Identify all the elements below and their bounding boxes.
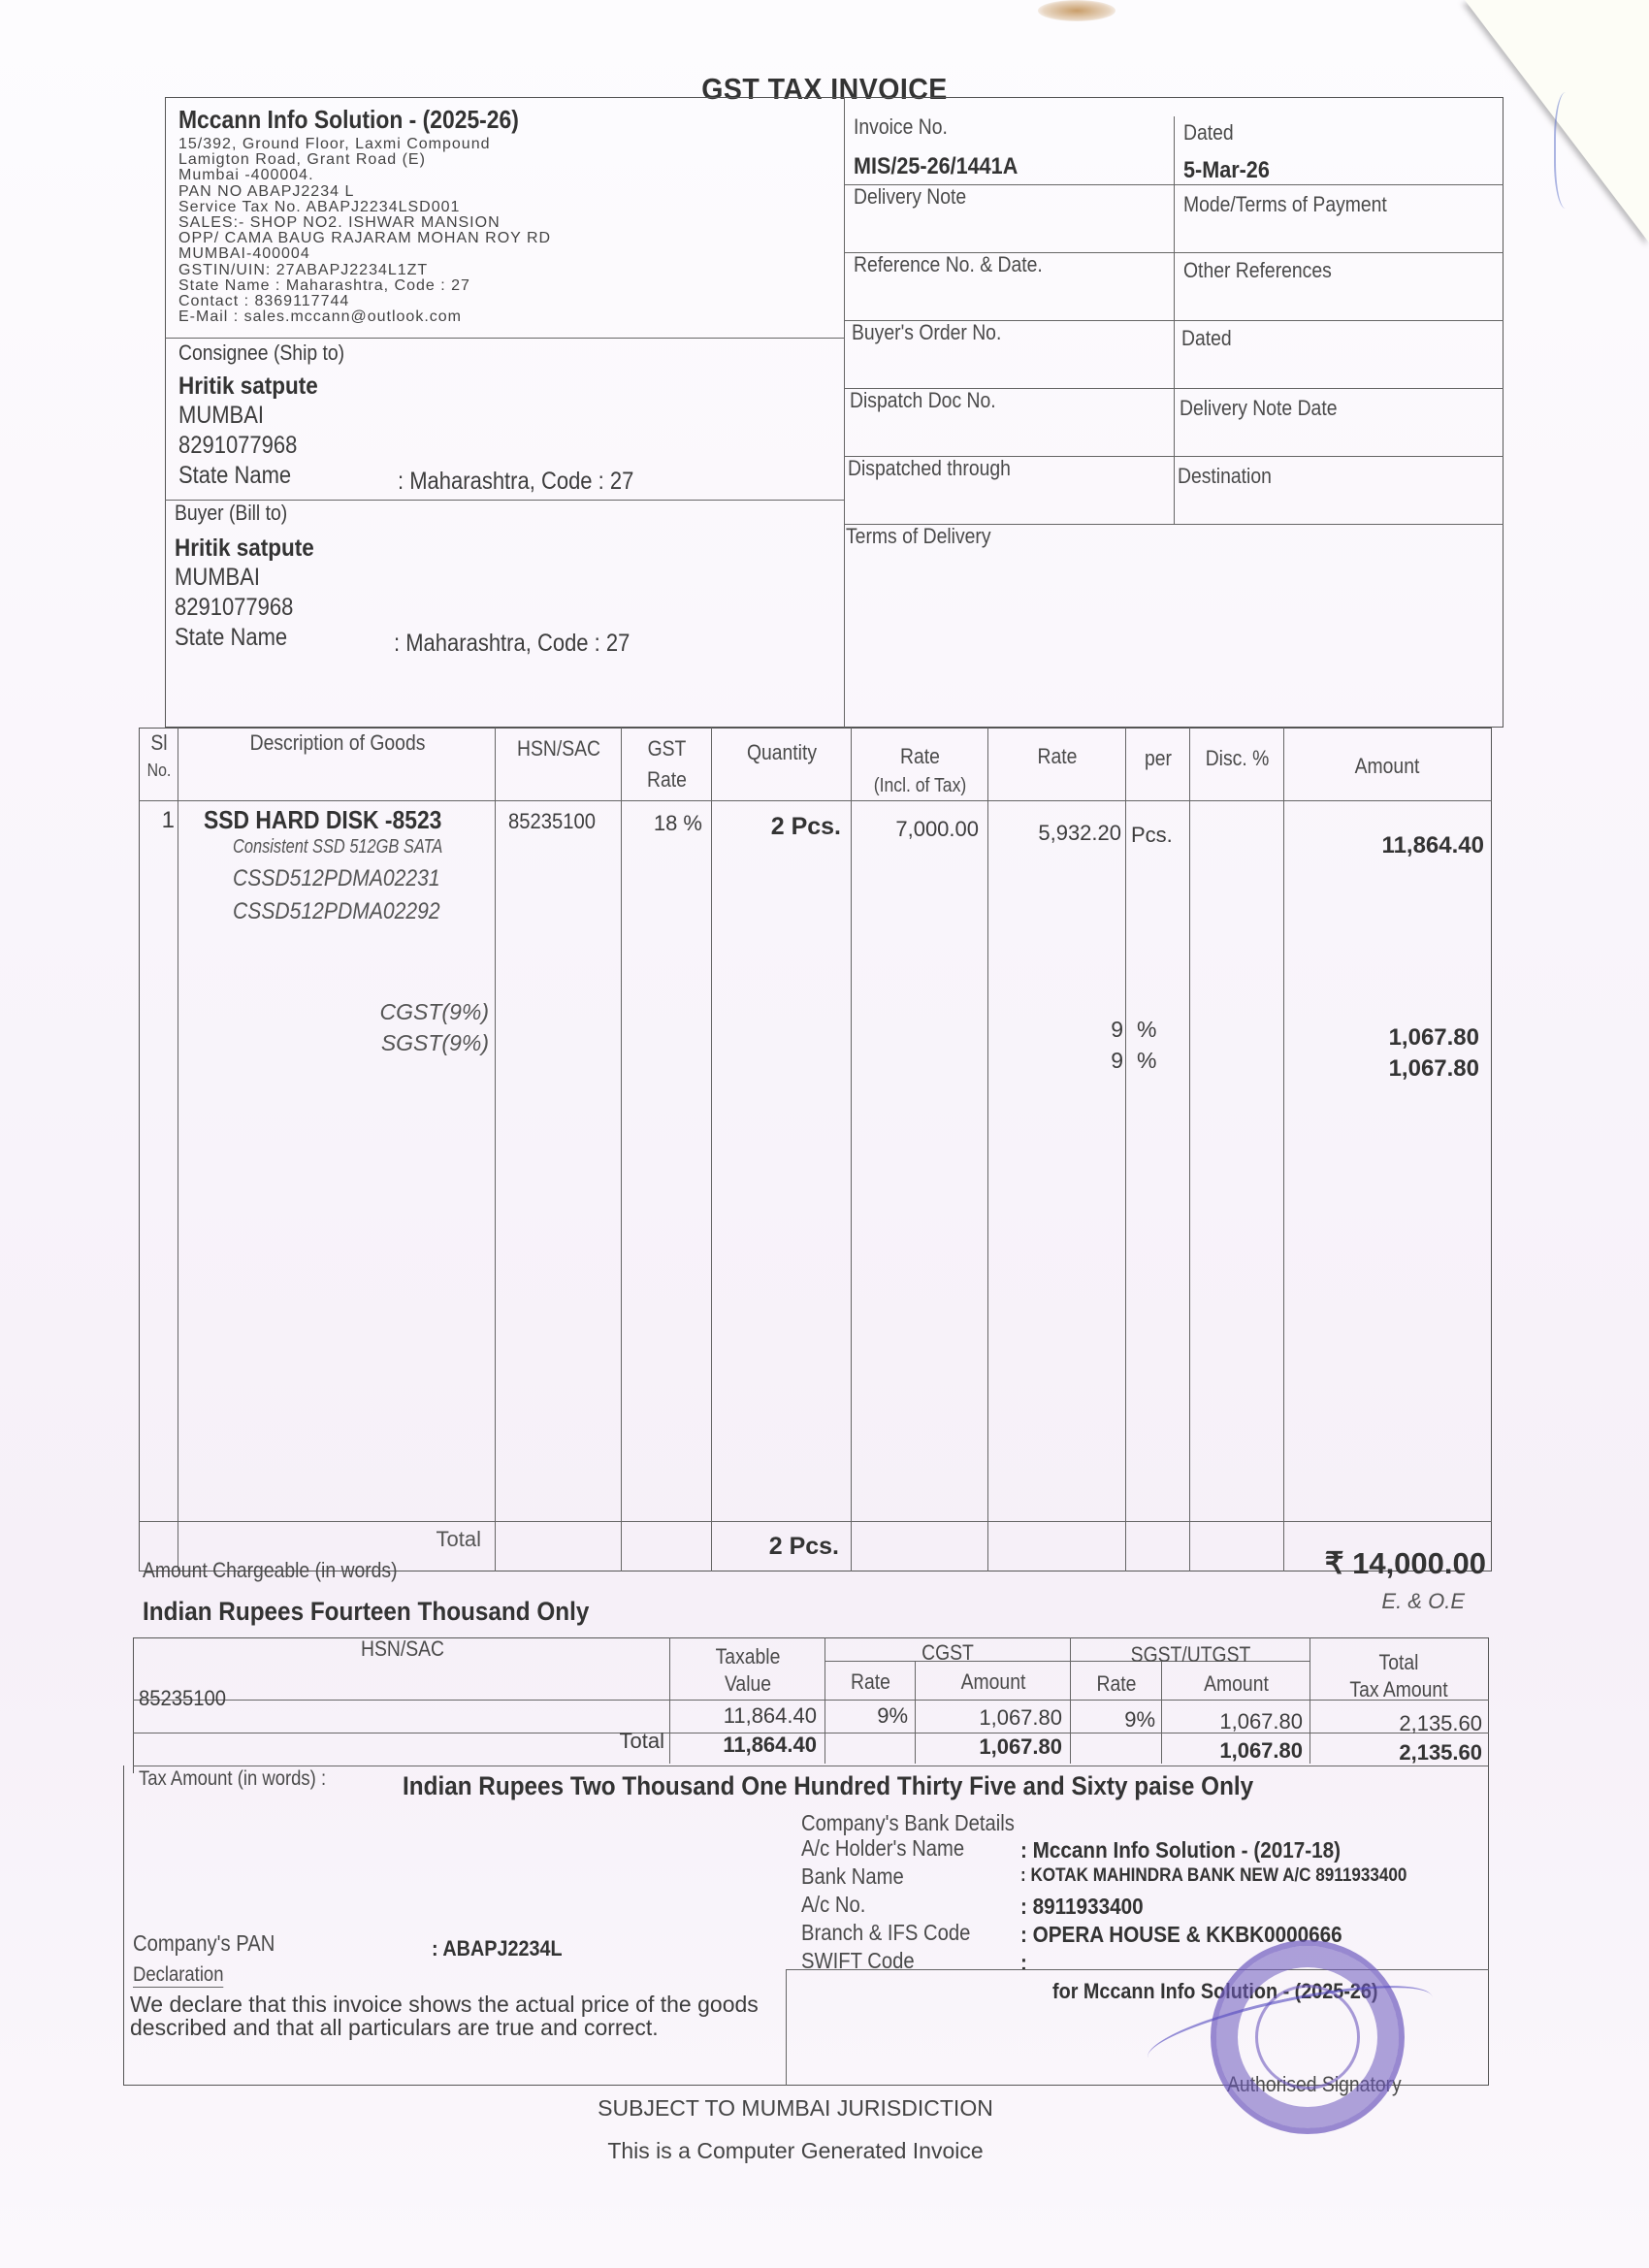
summary-hsn: 85235100 — [139, 1686, 226, 1711]
reference-label: Reference No. & Date. — [854, 252, 1043, 277]
buyer-city: MUMBAI — [175, 563, 311, 593]
consignee-phone: 8291077968 — [178, 431, 344, 461]
bank-row-label: A/c Holder's Name — [801, 1835, 964, 1862]
paper-stain — [1038, 0, 1115, 21]
declaration-text: We declare that this invoice shows the a… — [130, 1993, 780, 2039]
bank-row-value: : Mccann Info Solution - (2017-18) — [1020, 1837, 1341, 1863]
computer-generated-note: This is a Computer Generated Invoice — [0, 2138, 1591, 2164]
invoice-no-label: Invoice No. — [854, 114, 948, 140]
summary-total-sgst: 1,067.80 — [1163, 1738, 1303, 1764]
col-disc-header: Disc. % — [1197, 745, 1278, 772]
amount-words-label: Amount Chargeable (in words) — [143, 1558, 398, 1583]
buyer-phone: 8291077968 — [175, 593, 311, 623]
seller-block: Mccann Info Solution - (2025-26) 15/392,… — [178, 105, 566, 325]
tax-summary-hsn-header: HSN/SAC — [168, 1636, 637, 1663]
col-per-header: per — [1131, 745, 1185, 772]
seller-address-line: MUMBAI-400004 — [178, 246, 566, 262]
item-hsn: 85235100 — [508, 809, 596, 834]
bank-row-value: : KOTAK MAHINDRA BANK NEW A/C 8911933400 — [1020, 1865, 1406, 1887]
destination-label: Destination — [1178, 464, 1272, 489]
seller-address-line: State Name : Maharashtra, Code : 27 — [178, 278, 566, 294]
consignee-heading: Consignee (Ship to) — [178, 340, 344, 367]
tax-summary-sgst-header: SGST/UTGST — [1086, 1641, 1296, 1669]
seller-address-line: Mumbai -400004. — [178, 168, 566, 183]
item-quantity: 2 Pcs. — [713, 813, 841, 841]
item-sl: 1 — [145, 807, 175, 834]
sgst-amount: 1,067.80 — [1285, 1055, 1479, 1083]
item-serial: CSSD512PDMA02231 — [233, 865, 440, 892]
summary-sgst-rate: 9% — [1072, 1707, 1155, 1733]
cgst-amount-header: Amount — [925, 1669, 1060, 1696]
consignee-name: Hritik satpute — [178, 373, 348, 401]
col-hsn-header: HSN/SAC — [504, 735, 614, 762]
summary-total-tax: 2,135.60 — [1311, 1711, 1482, 1736]
consignee-state-label: State Name — [178, 461, 291, 491]
seller-address-line: OPP/ CAMA BAUG RAJARAM MOHAN ROY RD — [178, 231, 566, 246]
delivery-note-date-label: Delivery Note Date — [1180, 396, 1337, 421]
item-name: SSD HARD DISK -8523 — [204, 805, 441, 835]
buyer-heading: Buyer (Bill to) — [175, 500, 311, 527]
amount-in-words: Indian Rupees Fourteen Thousand Only — [143, 1597, 589, 1627]
seller-address-line: Lamigton Road, Grant Road (E) — [178, 152, 566, 168]
col-rate-incl-header: Rate (Incl. of Tax) — [860, 743, 979, 799]
col-sl-header: Sl No. — [144, 729, 175, 784]
item-sub-description: Consistent SSD 512GB SATA — [233, 836, 442, 859]
seller-address-line: Contact : 8369117744 — [178, 294, 566, 309]
summary-total-tax-amount: 2,135.60 — [1311, 1740, 1482, 1766]
seller-address-line: E-Mail : sales.mccann@outlook.com — [178, 309, 566, 325]
pen-mark — [1554, 92, 1583, 209]
items-total-amount: ₹ 14,000.00 — [1261, 1546, 1486, 1581]
seller-address-line: SALES:- SHOP NO2. ISHWAR MANSION — [178, 215, 566, 231]
dated-label: Dated — [1183, 120, 1234, 146]
items-total-label: Total — [180, 1527, 481, 1552]
consignee-city: MUMBAI — [178, 401, 344, 431]
item-serial: CSSD512PDMA02292 — [233, 898, 440, 925]
cgst-rate: 9 — [989, 1017, 1123, 1043]
summary-cgst-rate: 9% — [826, 1703, 908, 1729]
buyer-state-value: : Maharashtra, Code : 27 — [394, 629, 630, 659]
items-total-quantity: 2 Pcs. — [713, 1533, 839, 1561]
seller-address: 15/392, Ground Floor, Laxmi CompoundLami… — [178, 137, 566, 325]
buyer-order-dated-label: Dated — [1181, 326, 1232, 351]
consignee-state-value: : Maharashtra, Code : 27 — [398, 467, 633, 497]
summary-total-label: Total — [136, 1729, 664, 1754]
company-pan-label: Company's PAN — [133, 1930, 275, 1957]
declaration-heading: Declaration — [133, 1963, 223, 1988]
item-rate-incl-tax: 7,000.00 — [853, 817, 979, 842]
sgst-label: SGST(9%) — [180, 1030, 489, 1056]
cgst-per: % — [1137, 1017, 1156, 1043]
invoice-no: MIS/25-26/1441A — [854, 153, 1018, 180]
buyer-block: Buyer (Bill to) Hritik satpute MUMBAI 82… — [175, 500, 330, 653]
sgst-per: % — [1137, 1048, 1156, 1074]
payment-terms-label: Mode/Terms of Payment — [1183, 192, 1387, 217]
bank-row-label: A/c No. — [801, 1892, 865, 1918]
terms-of-delivery-label: Terms of Delivery — [846, 524, 991, 549]
dispatched-through-label: Dispatched through — [848, 456, 1011, 481]
eoe-note: E. & O.E — [1261, 1589, 1465, 1614]
company-pan-value: : ABAPJ2234L — [432, 1936, 563, 1961]
bank-row-label: Branch & IFS Code — [801, 1920, 970, 1946]
item-gst-rate: 18 % — [623, 811, 702, 836]
col-amount-header: Amount — [1298, 753, 1477, 780]
item-amount: 11,864.40 — [1285, 832, 1484, 859]
col-gst-rate-header: GST Rate — [628, 735, 705, 794]
summary-sgst-amount: 1,067.80 — [1163, 1709, 1303, 1734]
summary-cgst-amount: 1,067.80 — [917, 1705, 1062, 1731]
tax-summary-cgst-header: CGST — [841, 1639, 1054, 1667]
buyer-order-label: Buyer's Order No. — [852, 320, 1001, 345]
bank-details-heading: Company's Bank Details — [801, 1810, 1015, 1836]
seller-address-line: GSTIN/UIN: 27ABAPJ2234L1ZT — [178, 263, 566, 278]
tax-amount-in-words: Indian Rupees Two Thousand One Hundred T… — [403, 1771, 1253, 1801]
seller-address-line: 15/392, Ground Floor, Laxmi Compound — [178, 137, 566, 152]
col-rate-header: Rate — [997, 743, 1116, 770]
buyer-state-label: State Name — [175, 623, 287, 653]
seller-name: Mccann Info Solution - (2025-26) — [178, 105, 519, 135]
col-quantity-header: Quantity — [722, 739, 843, 766]
cgst-rate-header: Rate — [831, 1669, 909, 1696]
bank-row-value: : — [1020, 1950, 1027, 1976]
seller-address-line: Service Tax No. ABAPJ2234LSD001 — [178, 200, 566, 215]
invoice-date: 5-Mar-26 — [1183, 157, 1270, 184]
dispatch-doc-label: Dispatch Doc No. — [850, 388, 996, 413]
cgst-amount: 1,067.80 — [1285, 1024, 1479, 1052]
col-description-header: Description of Goods — [199, 729, 475, 757]
sgst-amount-header: Amount — [1172, 1670, 1301, 1698]
sgst-rate-header: Rate — [1078, 1670, 1156, 1698]
item-rate: 5,932.20 — [989, 821, 1121, 846]
summary-taxable: 11,864.40 — [671, 1703, 817, 1729]
cgst-label: CGST(9%) — [180, 999, 489, 1025]
summary-total-cgst: 1,067.80 — [917, 1734, 1062, 1760]
other-references-label: Other References — [1183, 258, 1332, 283]
item-per: Pcs. — [1131, 823, 1173, 848]
jurisdiction-note: SUBJECT TO MUMBAI JURISDICTION — [0, 2095, 1591, 2122]
delivery-note-label: Delivery Note — [854, 184, 966, 210]
tax-summary-total-header: Total Tax Amount — [1322, 1649, 1475, 1703]
bank-row-value: : 8911933400 — [1020, 1894, 1144, 1920]
tax-summary-taxable-header: Taxable Value — [680, 1643, 815, 1698]
sgst-rate: 9 — [989, 1048, 1123, 1074]
bank-row-label: Bank Name — [801, 1863, 904, 1890]
summary-total-taxable: 11,864.40 — [671, 1733, 817, 1758]
seller-address-line: PAN NO ABAPJ2234 L — [178, 184, 566, 200]
consignee-block: Consignee (Ship to) Hritik satpute MUMBA… — [178, 340, 367, 491]
tax-words-label: Tax Amount (in words) : — [139, 1767, 326, 1791]
buyer-name: Hritik satpute — [175, 535, 314, 563]
